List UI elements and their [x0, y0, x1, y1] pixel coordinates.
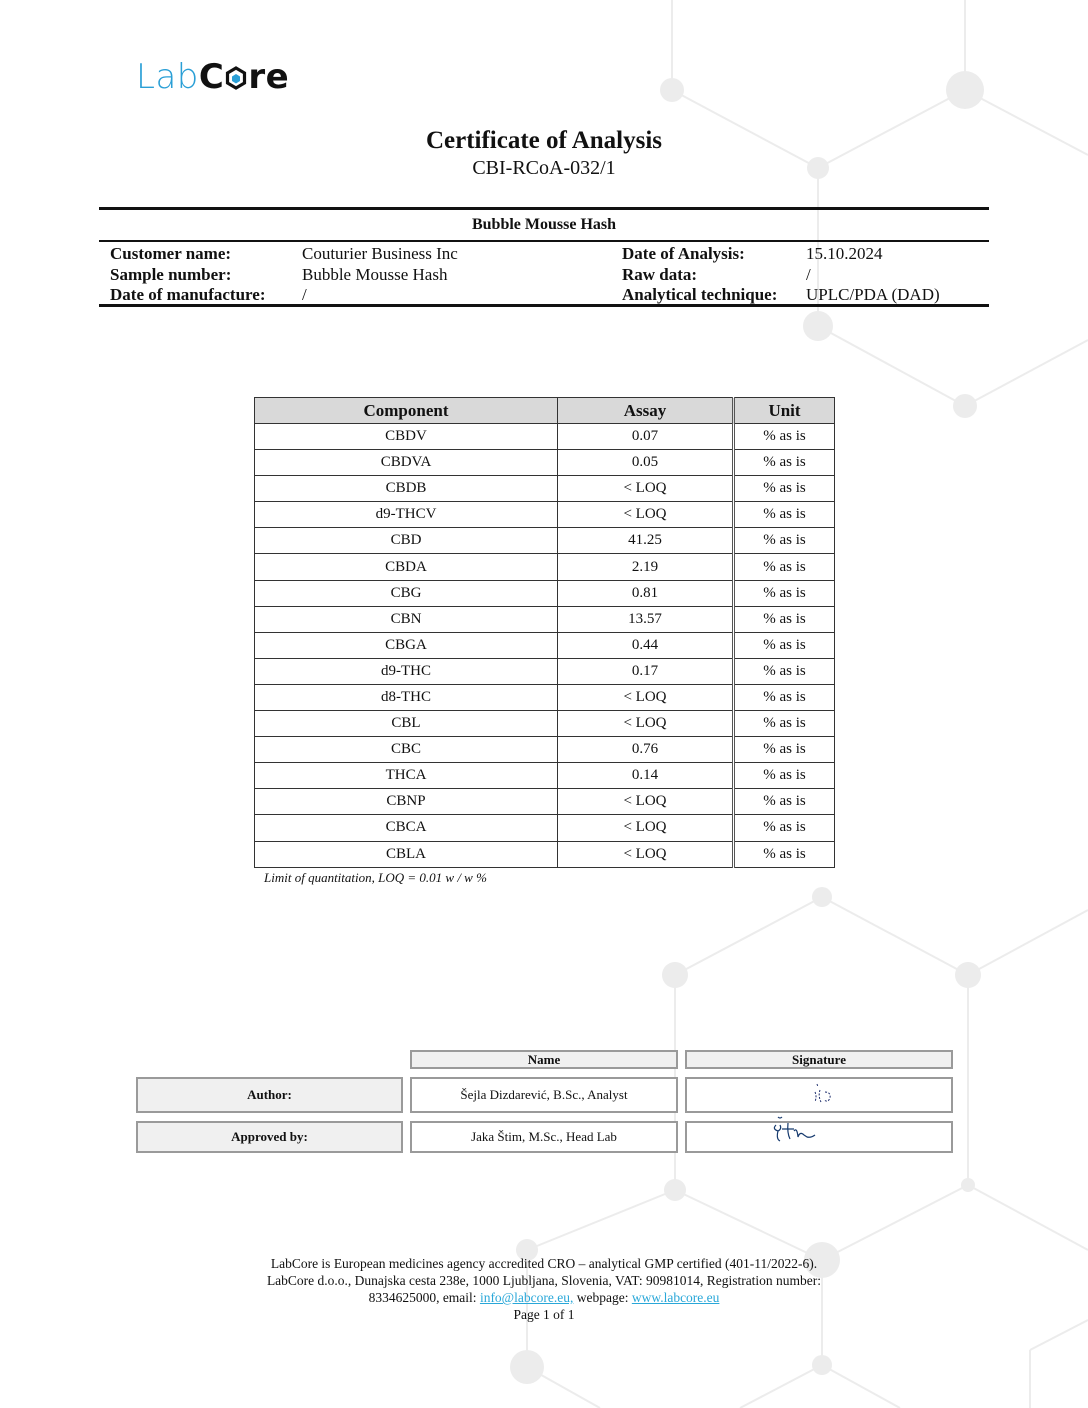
labcore-logo: LabCre	[136, 60, 289, 94]
author-label: Author:	[136, 1077, 403, 1113]
footer-contact: 8334625000, email: info@labcore.eu, webp…	[0, 1289, 1088, 1306]
component-cell: CBG	[255, 580, 558, 606]
table-row: CBLA< LOQ% as is	[255, 841, 835, 867]
divider	[99, 304, 989, 307]
unit-cell: % as is	[734, 789, 835, 815]
unit-cell: % as is	[734, 684, 835, 710]
assay-cell: 0.05	[558, 450, 734, 476]
footer-address: LabCore d.o.o., Dunajska cesta 238e, 100…	[0, 1272, 1088, 1289]
assay-cell: < LOQ	[558, 476, 734, 502]
table-row: CBN13.57% as is	[255, 606, 835, 632]
unit-cell: % as is	[734, 528, 835, 554]
component-cell: CBD	[255, 528, 558, 554]
assay-cell: 0.07	[558, 424, 734, 450]
component-cell: d8-THC	[255, 684, 558, 710]
divider	[99, 207, 989, 210]
customer-name-label: Customer name:	[110, 244, 302, 265]
unit-cell: % as is	[734, 815, 835, 841]
component-cell: CBNP	[255, 789, 558, 815]
author-name: Šejla Dizdarević, B.Sc., Analyst	[410, 1077, 678, 1113]
unit-cell: % as is	[734, 763, 835, 789]
component-cell: CBDA	[255, 554, 558, 580]
footer-registration: 8334625000, email:	[369, 1290, 480, 1305]
table-row: CBL< LOQ% as is	[255, 711, 835, 737]
divider	[99, 240, 989, 242]
certificate-page: LabCre Certificate of Analysis CBI-RCoA-…	[0, 0, 1088, 1408]
unit-cell: % as is	[734, 737, 835, 763]
assay-cell: 0.14	[558, 763, 734, 789]
column-header-assay: Assay	[558, 398, 734, 424]
logo-text-c: C	[199, 57, 224, 97]
assay-cell: 0.76	[558, 737, 734, 763]
footer-webpage-label: webpage:	[573, 1290, 631, 1305]
component-cell: CBLA	[255, 841, 558, 867]
unit-cell: % as is	[734, 450, 835, 476]
approver-signature	[685, 1121, 953, 1153]
analytical-technique-value: UPLC/PDA (DAD)	[806, 285, 940, 306]
table-header-row: Component Assay Unit	[255, 398, 835, 424]
assay-cell: < LOQ	[558, 502, 734, 528]
assay-cell: < LOQ	[558, 841, 734, 867]
footer: LabCore is European medicines agency acc…	[0, 1255, 1088, 1323]
component-cell: CBDB	[255, 476, 558, 502]
sample-number-value: Bubble Mousse Hash	[302, 265, 447, 286]
component-cell: d9-THCV	[255, 502, 558, 528]
author-signature	[685, 1077, 953, 1113]
assay-cell: 0.44	[558, 632, 734, 658]
column-header-signature: Signature	[685, 1050, 953, 1069]
component-cell: CBL	[255, 711, 558, 737]
table-row: d9-THC0.17% as is	[255, 658, 835, 684]
table-row: CBD41.25% as is	[255, 528, 835, 554]
approver-name: Jaka Štim, M.Sc., Head Lab	[410, 1121, 678, 1153]
table-row: d8-THC< LOQ% as is	[255, 684, 835, 710]
email-link[interactable]: info@labcore.eu,	[480, 1290, 573, 1305]
component-cell: CBDV	[255, 424, 558, 450]
component-cell: CBGA	[255, 632, 558, 658]
info-right: Date of Analysis:15.10.2024 Raw data:/ A…	[622, 244, 940, 306]
table-row: d9-THCV< LOQ% as is	[255, 502, 835, 528]
assay-cell: 0.17	[558, 658, 734, 684]
sample-number-label: Sample number:	[110, 265, 302, 286]
table-row: CBC0.76% as is	[255, 737, 835, 763]
logo-text-re: re	[248, 57, 289, 97]
unit-cell: % as is	[734, 632, 835, 658]
unit-cell: % as is	[734, 606, 835, 632]
unit-cell: % as is	[734, 502, 835, 528]
unit-cell: % as is	[734, 476, 835, 502]
table-row: CBDV0.07% as is	[255, 424, 835, 450]
assay-cell: < LOQ	[558, 815, 734, 841]
handwritten-signature-icon	[764, 1115, 844, 1151]
page-title: Certificate of Analysis	[0, 127, 1088, 155]
column-header-component: Component	[255, 398, 558, 424]
table-row: CBGA0.44% as is	[255, 632, 835, 658]
component-cell: CBC	[255, 737, 558, 763]
date-of-analysis-label: Date of Analysis:	[622, 244, 806, 265]
handwritten-signature-icon	[789, 1080, 849, 1110]
results-table: Component Assay Unit CBDV0.07% as isCBDV…	[254, 397, 835, 868]
assay-cell: 0.81	[558, 580, 734, 606]
assay-cell: 41.25	[558, 528, 734, 554]
table-row: CBDA2.19% as is	[255, 554, 835, 580]
assay-cell: < LOQ	[558, 711, 734, 737]
sample-title: Bubble Mousse Hash	[99, 216, 989, 234]
raw-data-value: /	[806, 265, 811, 286]
component-cell: CBN	[255, 606, 558, 632]
hexagon-o-icon	[225, 62, 247, 86]
assay-cell: < LOQ	[558, 789, 734, 815]
column-header-name: Name	[410, 1050, 678, 1069]
date-of-manufacture-label: Date of manufacture:	[110, 285, 302, 306]
loq-note: Limit of quantitation, LOQ = 0.01 w / w …	[264, 870, 487, 886]
analytical-technique-label: Analytical technique:	[622, 285, 806, 306]
page-number: Page 1 of 1	[0, 1306, 1088, 1323]
table-row: THCA0.14% as is	[255, 763, 835, 789]
component-cell: CBCA	[255, 815, 558, 841]
date-of-manufacture-value: /	[302, 285, 307, 306]
table-row: CBDVA0.05% as is	[255, 450, 835, 476]
table-row: CBNP< LOQ% as is	[255, 789, 835, 815]
component-cell: THCA	[255, 763, 558, 789]
table-row: CBCA< LOQ% as is	[255, 815, 835, 841]
results-table-body: CBDV0.07% as isCBDVA0.05% as isCBDB< LOQ…	[255, 424, 835, 868]
website-link[interactable]: www.labcore.eu	[632, 1290, 720, 1305]
unit-cell: % as is	[734, 841, 835, 867]
table-row: CBDB< LOQ% as is	[255, 476, 835, 502]
assay-cell: < LOQ	[558, 684, 734, 710]
document-reference: CBI-RCoA-032/1	[0, 157, 1088, 180]
unit-cell: % as is	[734, 711, 835, 737]
component-cell: d9-THC	[255, 658, 558, 684]
assay-cell: 13.57	[558, 606, 734, 632]
date-of-analysis-value: 15.10.2024	[806, 244, 883, 265]
customer-name-value: Couturier Business Inc	[302, 244, 458, 265]
unit-cell: % as is	[734, 554, 835, 580]
assay-cell: 2.19	[558, 554, 734, 580]
unit-cell: % as is	[734, 424, 835, 450]
unit-cell: % as is	[734, 580, 835, 606]
raw-data-label: Raw data:	[622, 265, 806, 286]
approver-label: Approved by:	[136, 1121, 403, 1153]
info-left: Customer name:Couturier Business Inc Sam…	[110, 244, 458, 306]
table-row: CBG0.81% as is	[255, 580, 835, 606]
component-cell: CBDVA	[255, 450, 558, 476]
logo-text-lab: Lab	[136, 57, 199, 97]
column-header-unit: Unit	[734, 398, 835, 424]
unit-cell: % as is	[734, 658, 835, 684]
footer-accreditation: LabCore is European medicines agency acc…	[0, 1255, 1088, 1272]
